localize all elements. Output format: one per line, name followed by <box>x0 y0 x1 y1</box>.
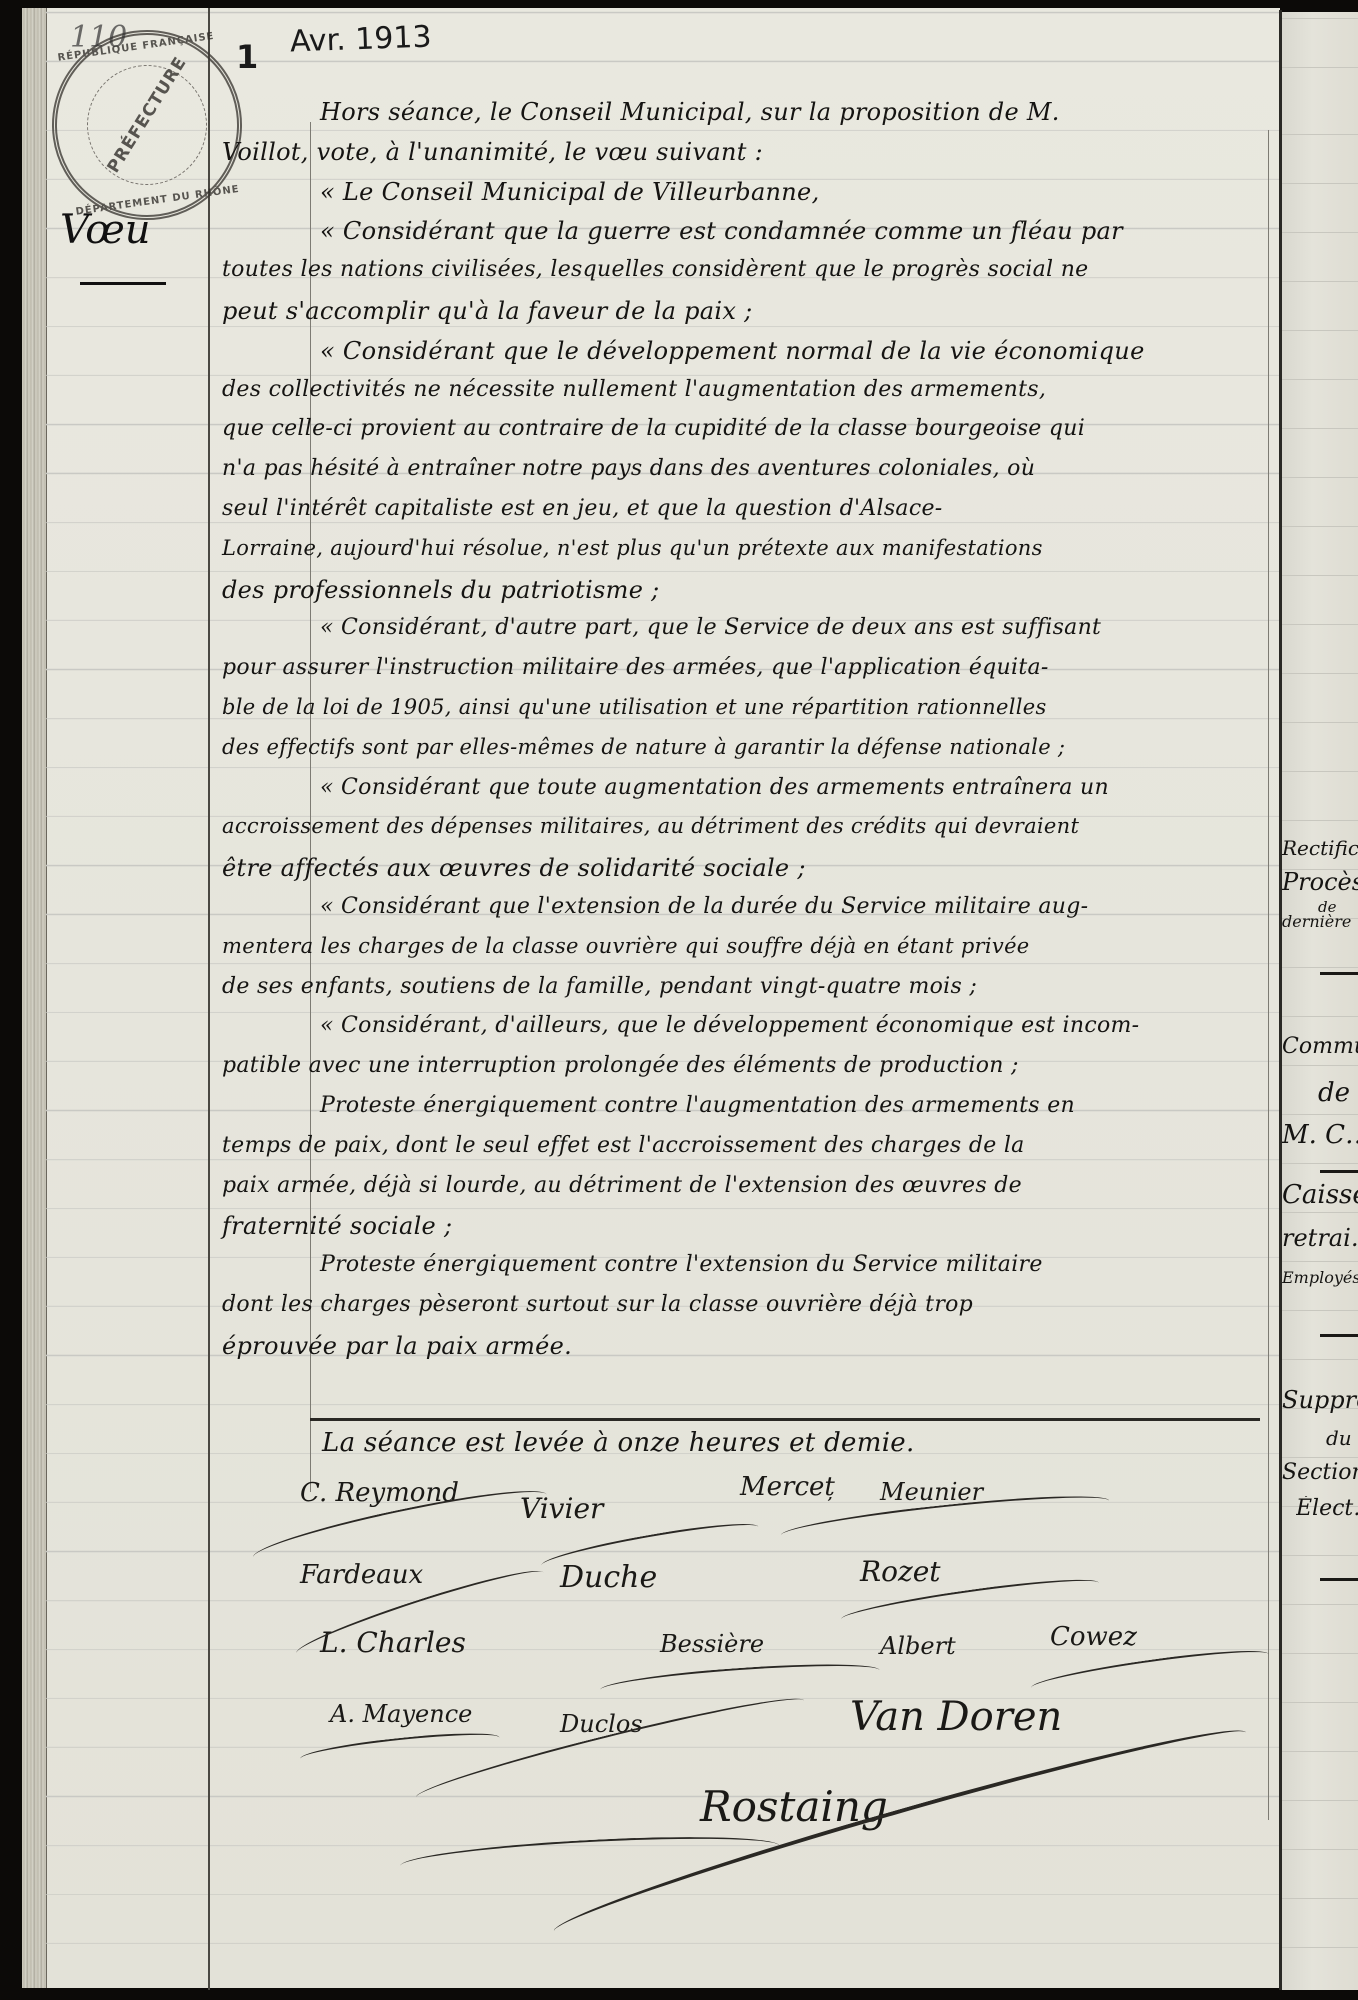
body-line: « Considérant, d'ailleurs, que le dévelo… <box>320 1013 1139 1038</box>
facing-note-line: Employés <box>1282 1268 1358 1287</box>
body-line: toutes les nations civilisées, lesquelle… <box>222 257 1088 282</box>
signature: A. Mayence <box>330 1700 472 1728</box>
signature: Van Doren <box>850 1694 1062 1740</box>
body-line: n'a pas hésité à entraîner notre pays da… <box>222 456 1035 481</box>
body-line: de ses enfants, soutiens de la famille, … <box>222 974 977 999</box>
body-line: Lorraine, aujourd'hui résolue, n'est plu… <box>222 536 1043 560</box>
facing-note-line: Élect… <box>1296 1496 1358 1521</box>
body-line: temps de paix, dont le seul effet est l'… <box>222 1133 1025 1158</box>
facing-page <box>1282 12 1358 1990</box>
body-line: ble de la loi de 1905, ainsi qu'une util… <box>222 695 1047 719</box>
facing-note-line: du <box>1326 1426 1358 1450</box>
facing-note-line: de <box>1318 1078 1358 1108</box>
body-line: accroissement des dépenses militaires, a… <box>222 814 1079 838</box>
facing-note-line: dernière … <box>1282 912 1358 931</box>
body-line: seul l'intérêt capitaliste est en jeu, e… <box>222 496 943 521</box>
facing-note-divider <box>1320 1578 1358 1581</box>
page-stack-edge <box>22 8 47 1988</box>
facing-note-line: Commun… <box>1282 1034 1358 1059</box>
body-line: être affectés aux œuvres de solidarité s… <box>222 854 806 882</box>
body-line: Voillot, vote, à l'unanimité, le vœu sui… <box>222 138 763 166</box>
signature: Albert <box>880 1632 956 1660</box>
body-line: des effectifs sont par elles-mêmes de na… <box>222 735 1065 759</box>
body-line: des professionnels du patriotisme ; <box>222 576 660 604</box>
body-line: « Le Conseil Municipal de Villeurbanne, <box>320 178 820 206</box>
facing-note-line: M. C… <box>1282 1120 1358 1150</box>
body-line: dont les charges pèseront surtout sur la… <box>222 1292 973 1317</box>
date-month-year: Avr. 1913 <box>289 20 432 60</box>
body-line: « Considérant que l'extension de la duré… <box>320 894 1088 919</box>
body-line: mentera les charges de la classe ouvrièr… <box>222 934 1030 958</box>
body-line: que celle-ci provient au contraire de la… <box>222 416 1085 441</box>
margin-heading-voeu: Vœu <box>60 207 151 253</box>
closing-separator-line <box>310 1418 1260 1421</box>
facing-note-line: Rectifica… <box>1282 836 1358 860</box>
facing-note-divider <box>1320 1334 1358 1337</box>
body-line: Hors séance, le Conseil Municipal, sur l… <box>320 98 1060 126</box>
signature: Rozet <box>860 1555 941 1588</box>
body-line: des collectivités ne nécessite nullement… <box>222 377 1046 402</box>
body-line: Proteste énergiquement contre l'extensio… <box>320 1252 1043 1277</box>
body-line: éprouvée par la paix armée. <box>222 1332 572 1360</box>
body-line: pour assurer l'instruction militaire des… <box>222 655 1049 680</box>
date-day: 1 <box>236 38 258 76</box>
body-line: « Considérant que la guerre est condamné… <box>320 217 1123 245</box>
body-line: Proteste énergiquement contre l'augmenta… <box>320 1093 1075 1118</box>
margin-heading-underline <box>80 282 166 285</box>
body-line: « Considérant, d'autre part, que le Serv… <box>320 615 1101 640</box>
paragraph-indent-rule <box>310 122 311 1492</box>
body-line: peut s'accomplir qu'à la faveur de la pa… <box>222 297 753 325</box>
body-line: patible avec une interruption prolongée … <box>222 1053 1019 1078</box>
signature: Fardeaux <box>300 1560 423 1590</box>
body-line: « Considérant que le développement norma… <box>320 337 1145 365</box>
facing-note-line: retrai… <box>1282 1224 1358 1252</box>
facing-note-line: Suppre… <box>1282 1386 1358 1414</box>
folio-number: 110 <box>70 20 127 55</box>
signature: Merceț <box>740 1472 835 1502</box>
page-fold <box>1279 10 1282 1990</box>
margin-rule-left <box>208 8 210 1990</box>
body-line: paix armée, déjà si lourde, au détriment… <box>222 1173 1022 1198</box>
body-line: « Considérant que toute augmentation des… <box>320 775 1109 800</box>
signature: Cowez <box>1050 1622 1137 1652</box>
facing-note-line: Procès <box>1282 868 1358 896</box>
facing-note-divider <box>1320 1170 1358 1173</box>
closing-statement: La séance est levée à onze heures et dem… <box>322 1428 915 1458</box>
margin-rule-right <box>1268 130 1269 1820</box>
facing-note-divider <box>1320 972 1358 975</box>
signature: Bessière <box>660 1630 764 1658</box>
facing-note-line: Section <box>1282 1460 1358 1485</box>
body-line: fraternité sociale ; <box>222 1212 452 1240</box>
facing-ruled-lines <box>1282 12 1358 1990</box>
facing-note-line: Caisse… <box>1282 1180 1358 1210</box>
